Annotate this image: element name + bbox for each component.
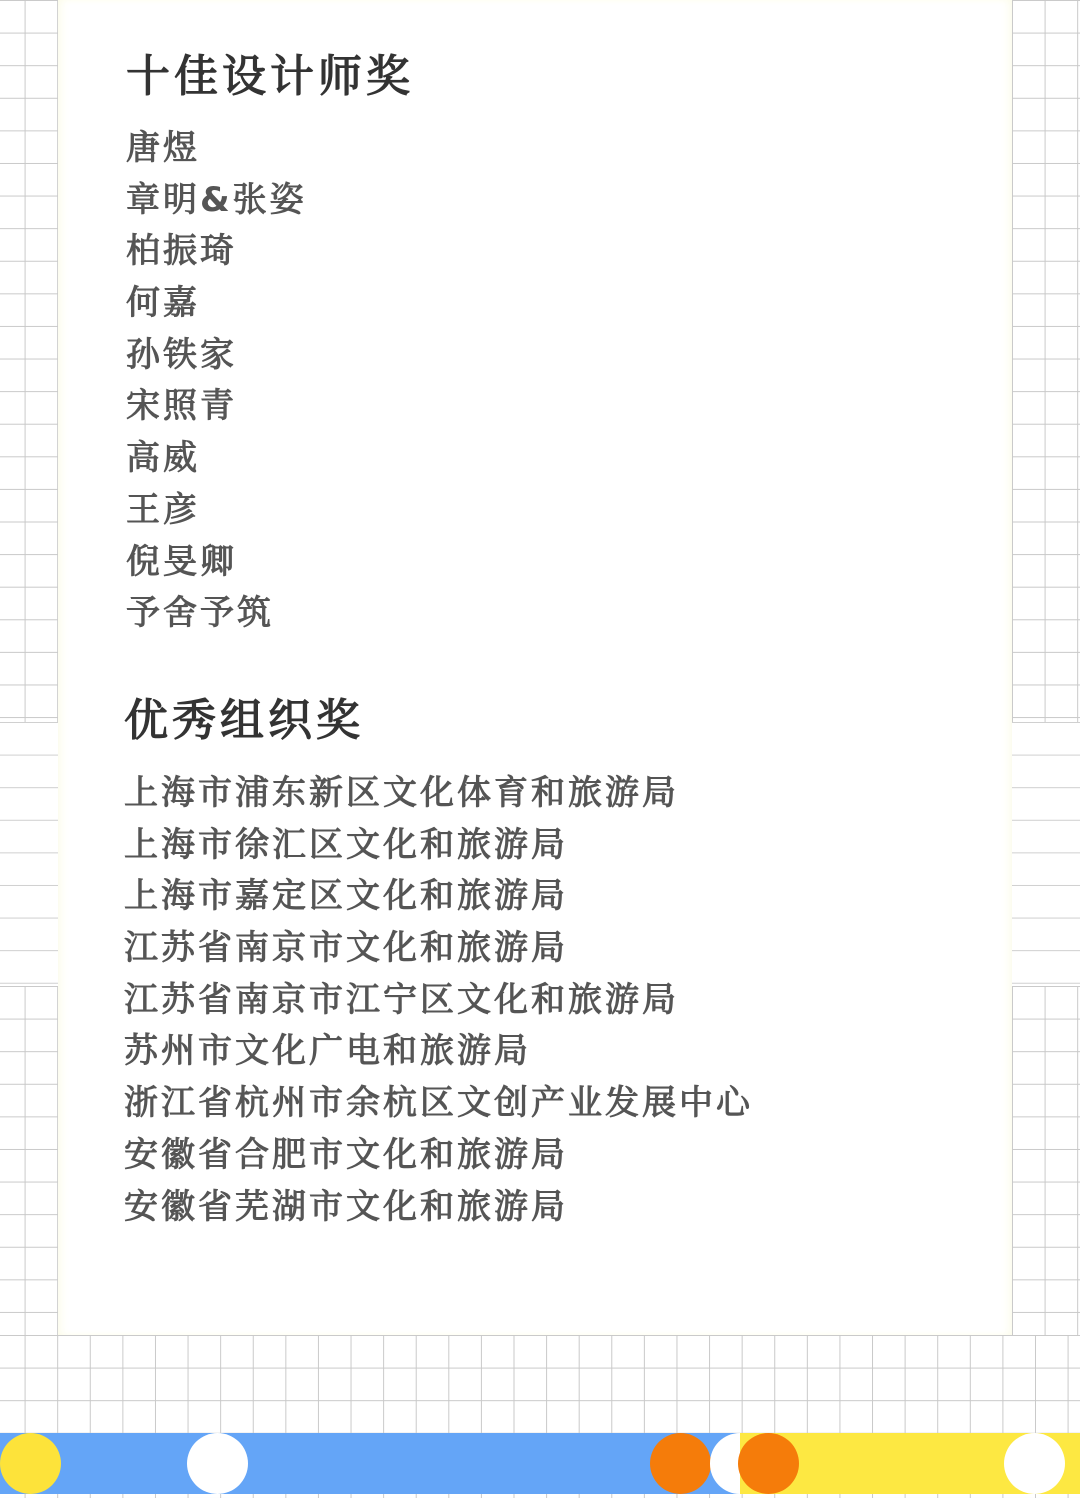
list-item: 高威 bbox=[126, 433, 307, 485]
white-circle-icon bbox=[1004, 1433, 1065, 1494]
right-grid-top bbox=[1012, 0, 1080, 722]
list-item: 孙铁家 bbox=[126, 330, 307, 382]
section-title-organization-award: 优秀组织奖 bbox=[124, 684, 364, 748]
white-circle-icon bbox=[187, 1433, 248, 1494]
yellow-circle-icon bbox=[0, 1433, 61, 1494]
list-item: 上海市浦东新区文化体育和旅游局 bbox=[124, 768, 753, 820]
right-grid-bottom bbox=[1012, 986, 1080, 1336]
list-item: 江苏省南京市江宁区文化和旅游局 bbox=[124, 975, 753, 1027]
list-item: 何嘉 bbox=[126, 278, 307, 330]
list-item: 章明&张姿 bbox=[126, 175, 307, 227]
blue-band bbox=[0, 1433, 740, 1494]
list-item: 上海市嘉定区文化和旅游局 bbox=[124, 871, 753, 923]
list-item: 安徽省芜湖市文化和旅游局 bbox=[124, 1182, 753, 1234]
list-item: 予舍予筑 bbox=[126, 588, 307, 640]
list-item: 安徽省合肥市文化和旅游局 bbox=[124, 1130, 753, 1182]
orange-circle-icon bbox=[650, 1433, 711, 1494]
list-item: 唐煜 bbox=[126, 123, 307, 175]
list-item: 宋照青 bbox=[126, 381, 307, 433]
section-title-top-designers: 十佳设计师奖 bbox=[126, 40, 414, 104]
organization-list: 上海市浦东新区文化体育和旅游局 上海市徐汇区文化和旅游局 上海市嘉定区文化和旅游… bbox=[124, 768, 753, 1233]
left-grid-lines bbox=[0, 722, 58, 986]
list-item: 倪旻卿 bbox=[126, 537, 307, 589]
left-grid-bottom bbox=[0, 986, 58, 1336]
list-item: 上海市徐汇区文化和旅游局 bbox=[124, 820, 753, 872]
left-grid-top bbox=[0, 0, 58, 722]
right-grid-lines bbox=[1012, 722, 1080, 986]
list-item: 柏振琦 bbox=[126, 226, 307, 278]
list-item: 苏州市文化广电和旅游局 bbox=[124, 1026, 753, 1078]
list-item: 浙江省杭州市余杭区文创产业发展中心 bbox=[124, 1078, 753, 1130]
orange-circle-icon bbox=[738, 1433, 799, 1494]
list-item: 江苏省南京市文化和旅游局 bbox=[124, 923, 753, 975]
list-item: 王彦 bbox=[126, 485, 307, 537]
designer-list: 唐煜 章明&张姿 柏振琦 何嘉 孙铁家 宋照青 高威 王彦 倪旻卿 予舍予筑 bbox=[126, 123, 307, 640]
